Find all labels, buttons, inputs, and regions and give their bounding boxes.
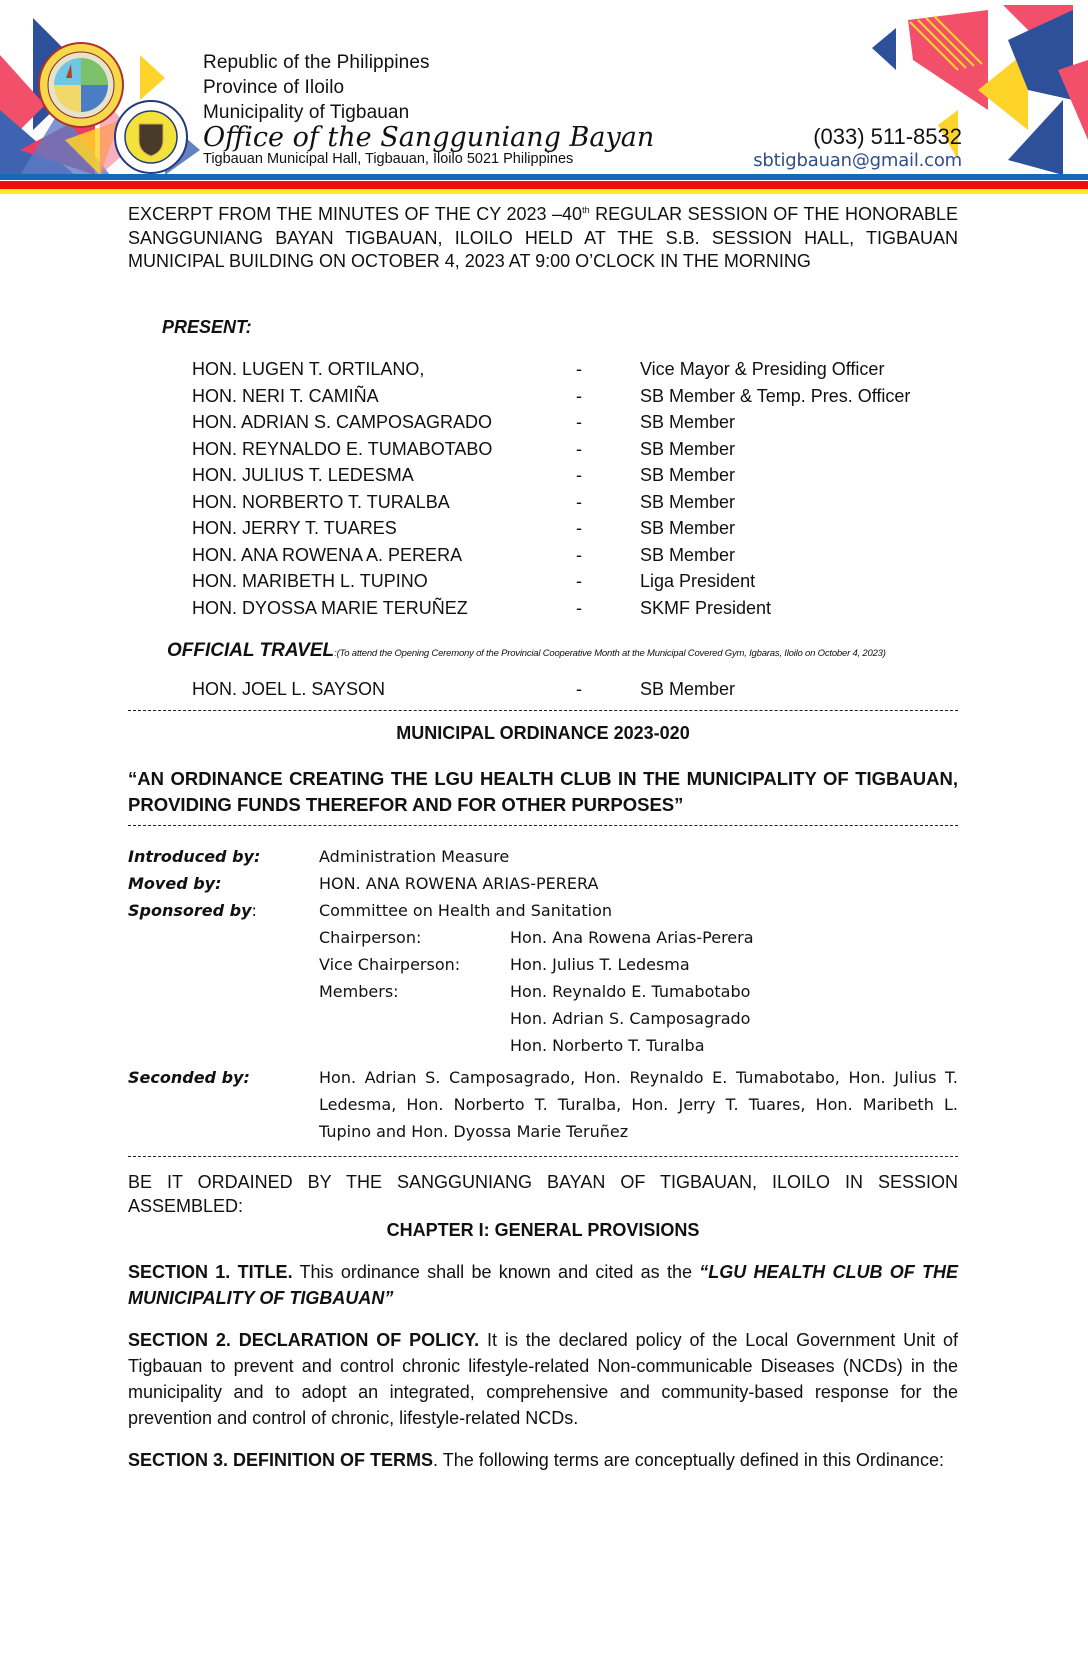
- committee-role: Chairperson:: [319, 927, 421, 949]
- section-3-heading: SECTION 3. DEFINITION OF TERMS: [128, 1450, 433, 1470]
- section-2-heading: SECTION 2. DECLARATION OF POLICY.: [128, 1330, 479, 1350]
- section-2: SECTION 2. DECLARATION OF POLICY. It is …: [128, 1327, 958, 1431]
- committee-member-name: Hon. Reynaldo E. Tumabotabo: [510, 981, 750, 1003]
- member-dash: -: [576, 385, 582, 407]
- committee-member-name: Hon. Ana Rowena Arias-Perera: [510, 927, 754, 949]
- province-line: Province of Iloilo: [203, 75, 654, 100]
- republic-line: Republic of the Philippines: [203, 50, 654, 75]
- roster-row: HON. JOEL L. SAYSON-SB Member: [192, 678, 972, 705]
- ordinal-suffix: th: [582, 205, 590, 215]
- roster-row: HON. NORBERTO T. TURALBA-SB Member: [192, 491, 972, 518]
- official-travel-heading: OFFICIAL TRAVEL:(To attend the Opening C…: [167, 640, 886, 662]
- introduced-by-row: Introduced by: Administration Measure: [128, 846, 968, 873]
- header-stripe-red: [0, 181, 1088, 189]
- dashed-separator: [128, 825, 958, 826]
- sponsored-by-colon: :: [252, 901, 257, 920]
- committee-row: Chairperson:Hon. Ana Rowena Arias-Perera: [128, 927, 968, 954]
- committee-row: Members:Hon. Reynaldo E. Tumabotabo: [128, 981, 968, 1008]
- committee-role: Members:: [319, 981, 399, 1003]
- section-1-heading: SECTION 1. TITLE.: [128, 1262, 293, 1282]
- member-dash: -: [576, 517, 582, 539]
- roster-row: HON. JULIUS T. LEDESMA-SB Member: [192, 464, 972, 491]
- ordinance-number: MUNICIPAL ORDINANCE 2023-020: [128, 723, 958, 744]
- committee-row: Hon. Norberto T. Turalba: [128, 1035, 968, 1062]
- section-1-text: This ordinance shall be known and cited …: [293, 1262, 700, 1282]
- ordinance-title: “AN ORDINANCE CREATING THE LGU HEALTH CL…: [128, 766, 958, 818]
- member-role: SKMF President: [640, 597, 771, 619]
- email-address[interactable]: sbtigbauan@gmail.com: [753, 150, 962, 171]
- municipality-seal-icon: [38, 42, 124, 128]
- present-heading: PRESENT:: [162, 317, 252, 338]
- phone-number: (033) 511-8532: [813, 124, 962, 150]
- member-dash: -: [576, 491, 582, 513]
- member-name: HON. ANA ROWENA A. PERERA: [192, 544, 462, 566]
- section-1: SECTION 1. TITLE. This ordinance shall b…: [128, 1259, 958, 1311]
- sponsored-by-value: Committee on Health and Sanitation: [319, 900, 612, 922]
- member-name: HON. NERI T. CAMIÑA: [192, 385, 379, 407]
- member-role: SB Member: [640, 491, 735, 513]
- moved-by-value: HON. ANA ROWENA ARIAS-PERERA: [319, 873, 598, 895]
- member-name: HON. JOEL L. SAYSON: [192, 678, 385, 700]
- roster-row: HON. LUGEN T. ORTILANO,-Vice Mayor & Pre…: [192, 358, 972, 385]
- official-travel-note: :(To attend the Opening Ceremony of the …: [334, 648, 886, 659]
- roster-row: HON. MARIBETH L. TUPINO-Liga President: [192, 570, 972, 597]
- member-role: SB Member: [640, 411, 735, 433]
- roster-row: HON. NERI T. CAMIÑA-SB Member & Temp. Pr…: [192, 385, 972, 412]
- letterhead-text: Republic of the Philippines Province of …: [203, 50, 654, 167]
- member-name: HON. ADRIAN S. CAMPOSAGRADO: [192, 411, 492, 433]
- introduced-by-label: Introduced by:: [128, 846, 260, 868]
- section-3: SECTION 3. DEFINITION OF TERMS. The foll…: [128, 1447, 958, 1473]
- roster-row: HON. REYNALDO E. TUMABOTABO-SB Member: [192, 438, 972, 465]
- dashed-separator: [128, 710, 958, 711]
- dashed-separator: [128, 1156, 958, 1157]
- member-name: HON. LUGEN T. ORTILANO,: [192, 358, 424, 380]
- member-name: HON. JERRY T. TUARES: [192, 517, 397, 539]
- present-roster: HON. LUGEN T. ORTILANO,-Vice Mayor & Pre…: [192, 358, 972, 623]
- member-name: HON. MARIBETH L. TUPINO: [192, 570, 428, 592]
- seconded-by-value: Hon. Adrian S. Camposagrado, Hon. Reynal…: [319, 1064, 958, 1145]
- member-dash: -: [576, 544, 582, 566]
- member-dash: -: [576, 597, 582, 619]
- header-stripe-blue: [0, 174, 1088, 180]
- member-name: HON. REYNALDO E. TUMABOTABO: [192, 438, 492, 460]
- member-dash: -: [576, 570, 582, 592]
- moved-by-label: Moved by:: [128, 873, 222, 895]
- committee-member-name: Hon. Norberto T. Turalba: [510, 1035, 705, 1057]
- moved-by-row: Moved by: HON. ANA ROWENA ARIAS-PERERA: [128, 873, 968, 900]
- section-3-text: . The following terms are conceptually d…: [433, 1450, 944, 1470]
- committee-row: Vice Chairperson:Hon. Julius T. Ledesma: [128, 954, 968, 981]
- roster-row: HON. DYOSSA MARIE TERUÑEZ-SKMF President: [192, 597, 972, 624]
- excerpt-text-1: EXCERPT FROM THE MINUTES OF THE CY 2023 …: [128, 204, 582, 224]
- office-address: Tigbauan Municipal Hall, Tigbauan, Iloil…: [203, 151, 654, 167]
- member-dash: -: [576, 358, 582, 380]
- member-dash: -: [576, 464, 582, 486]
- committee-row: Hon. Adrian S. Camposagrado: [128, 1008, 968, 1035]
- roster-row: HON. ANA ROWENA A. PERERA-SB Member: [192, 544, 972, 571]
- official-travel-label: OFFICIAL TRAVEL: [167, 640, 334, 661]
- office-title: Office of the Sangguniang Bayan: [203, 123, 654, 153]
- committee-member-name: Hon. Julius T. Ledesma: [510, 954, 690, 976]
- member-role: SB Member: [640, 438, 735, 460]
- member-role: SB Member: [640, 544, 735, 566]
- member-role: SB Member: [640, 678, 735, 700]
- ordained-clause: BE IT ORDAINED BY THE SANGGUNIANG BAYAN …: [128, 1170, 958, 1218]
- member-dash: -: [576, 411, 582, 433]
- introduced-by-value: Administration Measure: [319, 846, 509, 868]
- roster-row: HON. JERRY T. TUARES-SB Member: [192, 517, 972, 544]
- chapter-heading: CHAPTER I: GENERAL PROVISIONS: [128, 1220, 958, 1241]
- sponsored-by-row: Sponsored by: Committee on Health and Sa…: [128, 900, 968, 927]
- sangguniang-bayan-seal-icon: [114, 100, 188, 174]
- member-dash: -: [576, 678, 582, 700]
- sponsored-by-label: Sponsored by:: [128, 900, 257, 922]
- excerpt-paragraph: EXCERPT FROM THE MINUTES OF THE CY 2023 …: [128, 203, 958, 274]
- roster-row: HON. ADRIAN S. CAMPOSAGRADO-SB Member: [192, 411, 972, 438]
- committee-role: Vice Chairperson:: [319, 954, 460, 976]
- letterhead: Republic of the Philippines Province of …: [0, 0, 1088, 200]
- travel-roster: HON. JOEL L. SAYSON-SB Member: [192, 678, 972, 705]
- member-role: SB Member: [640, 517, 735, 539]
- member-name: HON. NORBERTO T. TURALBA: [192, 491, 450, 513]
- sponsored-by-label-text: Sponsored by: [128, 901, 252, 920]
- header-stripe-yellow: [0, 189, 1088, 194]
- member-role: Vice Mayor & Presiding Officer: [640, 358, 884, 380]
- member-name: HON. DYOSSA MARIE TERUÑEZ: [192, 597, 468, 619]
- committee-member-name: Hon. Adrian S. Camposagrado: [510, 1008, 750, 1030]
- member-dash: -: [576, 438, 582, 460]
- member-role: SB Member: [640, 464, 735, 486]
- member-role: SB Member & Temp. Pres. Officer: [640, 385, 910, 407]
- member-role: Liga President: [640, 570, 755, 592]
- seconded-by-label: Seconded by:: [128, 1064, 250, 1091]
- committee-list: Chairperson:Hon. Ana Rowena Arias-Perera…: [128, 927, 968, 1062]
- member-name: HON. JULIUS T. LEDESMA: [192, 464, 414, 486]
- authorship-table: Introduced by: Administration Measure Mo…: [128, 846, 968, 1062]
